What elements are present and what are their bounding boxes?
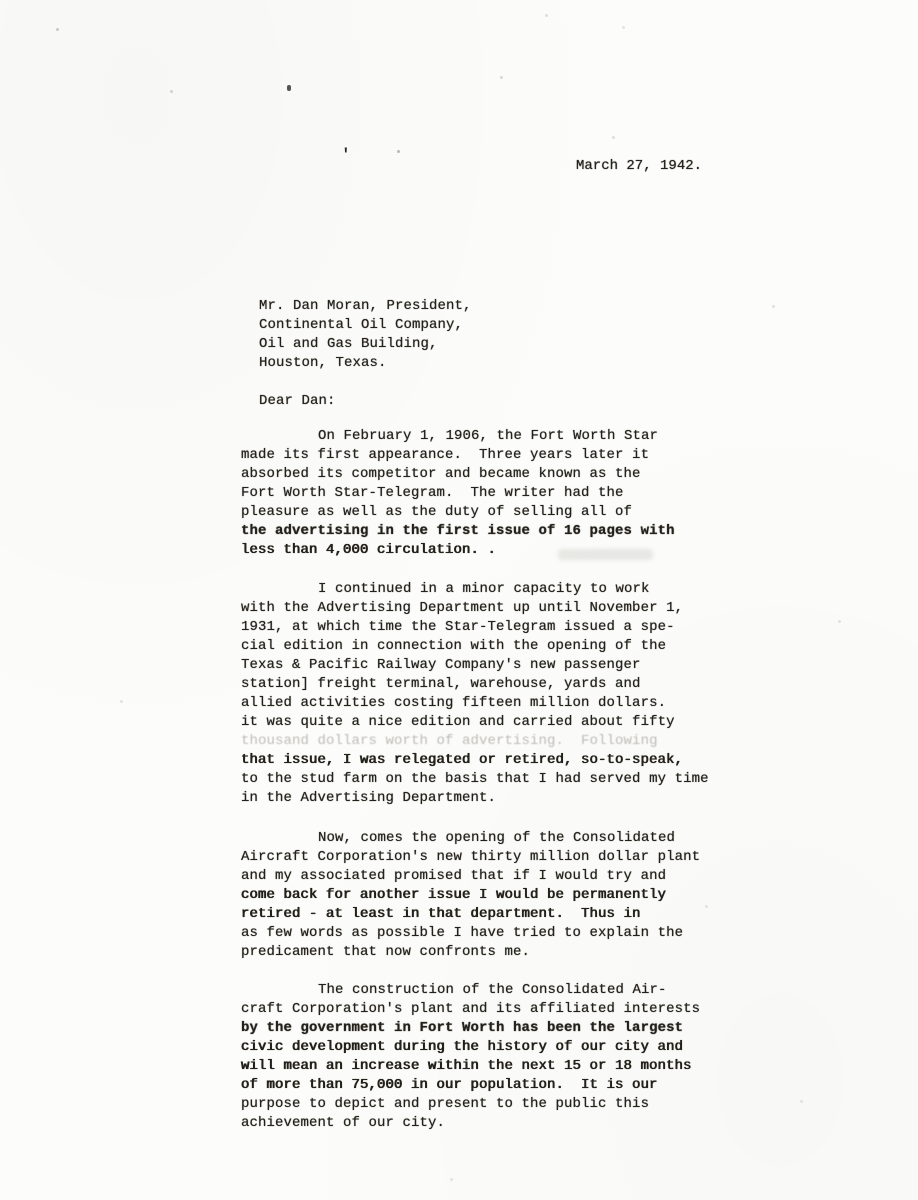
scan-speck <box>397 150 400 153</box>
letter-line: Texas & Pacific Railway Company's new pa… <box>241 656 709 675</box>
letter-line: in the Advertising Department. <box>241 789 709 808</box>
letter-line: civic development during the history of … <box>241 1038 700 1057</box>
scan-speck <box>838 620 841 623</box>
scan-speck <box>120 700 123 703</box>
letter-line: Fort Worth Star-Telegram. The writer had… <box>241 484 675 503</box>
letter-line: Now, comes the opening of the Consolidat… <box>241 829 700 848</box>
scan-speck <box>56 28 59 31</box>
letter-line: will mean an increase within the next 15… <box>241 1057 700 1076</box>
scan-speck <box>500 76 503 79</box>
scan-speck <box>622 26 625 29</box>
letter-line: allied activities costing fifteen millio… <box>241 694 709 713</box>
paragraph-4: The construction of the Consolidated Air… <box>241 981 700 1133</box>
letter-line: station] freight terminal, warehouse, ya… <box>241 675 709 694</box>
letter-line: cial edition in connection with the open… <box>241 637 709 656</box>
scan-speck <box>545 14 548 17</box>
letter-line: purpose to depict and present to the pub… <box>241 1095 700 1114</box>
recipient-address: Mr. Dan Moran, President, Continental Oi… <box>259 297 472 373</box>
letter-line: the advertising in the first issue of 16… <box>241 522 675 541</box>
letter-line: of more than 75,000 in our population. I… <box>241 1076 700 1095</box>
letter-line: Aircraft Corporation's new thirty millio… <box>241 848 700 867</box>
address-line: Continental Oil Company, <box>259 316 472 335</box>
paragraph-3: Now, comes the opening of the Consolidat… <box>241 829 700 962</box>
letter-line: craft Corporation's plant and its affili… <box>241 1000 700 1019</box>
scan-speck <box>612 136 615 139</box>
salutation-block: Dear Dan: <box>259 392 336 411</box>
scan-smudge <box>558 549 653 560</box>
letter-line: achievement of our city. <box>241 1114 700 1133</box>
scanned-letter-page: ' March 27, 1942. Mr. Dan Moran, Preside… <box>0 0 918 1200</box>
scan-speck <box>170 90 173 93</box>
letter-line-faded: thousand dollars worth of advertising. F… <box>241 732 709 751</box>
scan-speck <box>450 1178 453 1181</box>
letter-line: predicament that now confronts me. <box>241 943 700 962</box>
salutation: Dear Dan: <box>259 392 336 411</box>
letter-line: as few words as possible I have tried to… <box>241 924 700 943</box>
letter-line: pleasure as well as the duty of selling … <box>241 503 675 522</box>
letter-date: March 27, 1942. <box>576 157 702 176</box>
paragraph-2: I continued in a minor capacity to work … <box>241 580 709 808</box>
letter-line: On February 1, 1906, the Fort Worth Star <box>241 427 675 446</box>
letter-line: absorbed its competitor and became known… <box>241 465 675 484</box>
address-line: Mr. Dan Moran, President, <box>259 297 472 316</box>
letter-line: I continued in a minor capacity to work <box>241 580 709 599</box>
paragraph-1: On February 1, 1906, the Fort Worth Star… <box>241 427 675 560</box>
letter-line: and my associated promised that if I wou… <box>241 867 700 886</box>
letter-line: made its first appearance. Three years l… <box>241 446 675 465</box>
scan-speck <box>705 905 708 908</box>
address-line: Houston, Texas. <box>259 354 472 373</box>
letter-line: with the Advertising Department up until… <box>241 599 709 618</box>
letter-line: it was quite a nice edition and carried … <box>241 713 709 732</box>
scan-speck <box>287 85 291 91</box>
letter-line: 1931, at which time the Star-Telegram is… <box>241 618 709 637</box>
address-line: Oil and Gas Building, <box>259 335 472 354</box>
letter-line: by the government in Fort Worth has been… <box>241 1019 700 1038</box>
letter-line: that issue, I was relegated or retired, … <box>241 751 709 770</box>
letter-line: to the stud farm on the basis that I had… <box>241 770 709 789</box>
scan-speck <box>800 1100 803 1103</box>
letter-date-block: March 27, 1942. <box>576 157 702 176</box>
scan-speck <box>772 305 775 308</box>
letter-line: The construction of the Consolidated Air… <box>241 981 700 1000</box>
stray-mark: ' <box>341 146 351 164</box>
letter-line: come back for another issue I would be p… <box>241 886 700 905</box>
letter-line: retired - at least in that department. T… <box>241 905 700 924</box>
